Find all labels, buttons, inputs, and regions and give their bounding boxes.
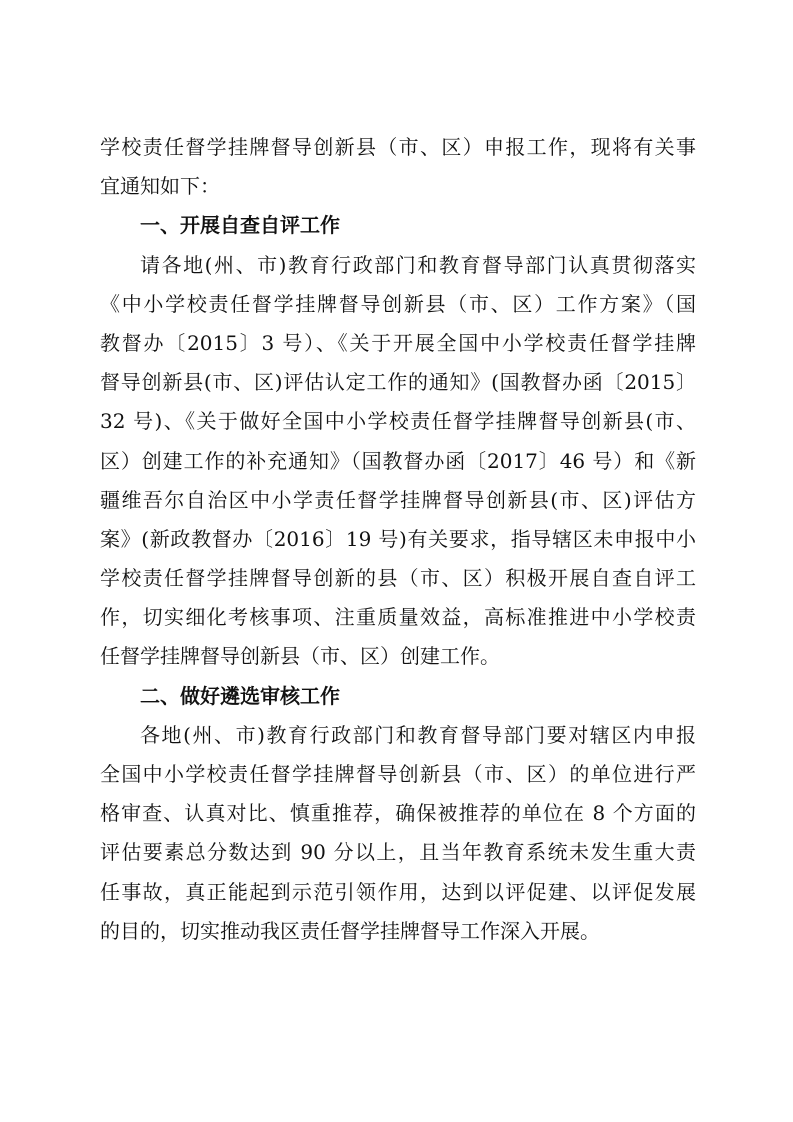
section-1-paragraph-line: 32 号)、《关于做好全国中小学校责任督学挂牌督导创新县(市、: [100, 402, 696, 441]
section-2-paragraph-line: 全国中小学校责任督学挂牌督导创新县（市、区）的单位进行严: [100, 755, 696, 794]
section-1-paragraph-line: 学校责任督学挂牌督导创新的县（市、区）积极开展自查自评工: [100, 559, 696, 598]
section-1-heading: 一、开展自查自评工作: [100, 206, 696, 245]
section-2-paragraph-line: 格审查、认真对比、慎重推荐，确保被推荐的单位在 8 个方面的: [100, 794, 696, 833]
section-2-paragraph-line: 评估要素总分数达到 90 分以上，且当年教育系统未发生重大责: [100, 833, 696, 872]
section-1-paragraph-line: 任督学挂牌督导创新县（市、区）创建工作。: [100, 637, 696, 676]
section-1-paragraph-line: 《中小学校责任督学挂牌督导创新县（市、区）工作方案》（国: [100, 285, 696, 324]
section-1-paragraph-line: 案》(新政教督办〔2016〕19 号)有关要求，指导辖区未申报中小: [100, 520, 696, 559]
section-2-heading: 二、做好遴选审核工作: [100, 677, 696, 716]
section-1-paragraph-line: 疆维吾尔自治区中小学责任督学挂牌督导创新县(市、区)评估方: [100, 481, 696, 520]
section-1-paragraph-line: 教督办〔2015〕3 号）、《关于开展全国中小学校责任督学挂牌: [100, 324, 696, 363]
section-2-paragraph-line: 任事故，真正能起到示范引领作用，达到以评促建、以评促发展: [100, 873, 696, 912]
section-2-paragraph-line: 的目的，切实推动我区责任督学挂牌督导工作深入开展。: [100, 912, 696, 951]
section-1-paragraph-line: 请各地(州、市)教育行政部门和教育督导部门认真贯彻落实: [100, 246, 696, 285]
intro-line-2: 宜通知如下：: [100, 167, 696, 206]
document-page: 学校责任督学挂牌督导创新县（市、区）申报工作，现将有关事 宜通知如下： 一、开展…: [100, 128, 696, 951]
section-1-paragraph-line: 区）创建工作的补充通知》（国教督办函〔2017〕46 号）和《新: [100, 442, 696, 481]
section-2-paragraph-line: 各地(州、市)教育行政部门和教育督导部门要对辖区内申报: [100, 716, 696, 755]
section-1-paragraph-line: 督导创新县(市、区)评估认定工作的通知》(国教督办函〔2015〕: [100, 363, 696, 402]
section-1-paragraph-line: 作，切实细化考核事项、注重质量效益，高标准推进中小学校责: [100, 598, 696, 637]
intro-line-1: 学校责任督学挂牌督导创新县（市、区）申报工作，现将有关事: [100, 128, 696, 167]
